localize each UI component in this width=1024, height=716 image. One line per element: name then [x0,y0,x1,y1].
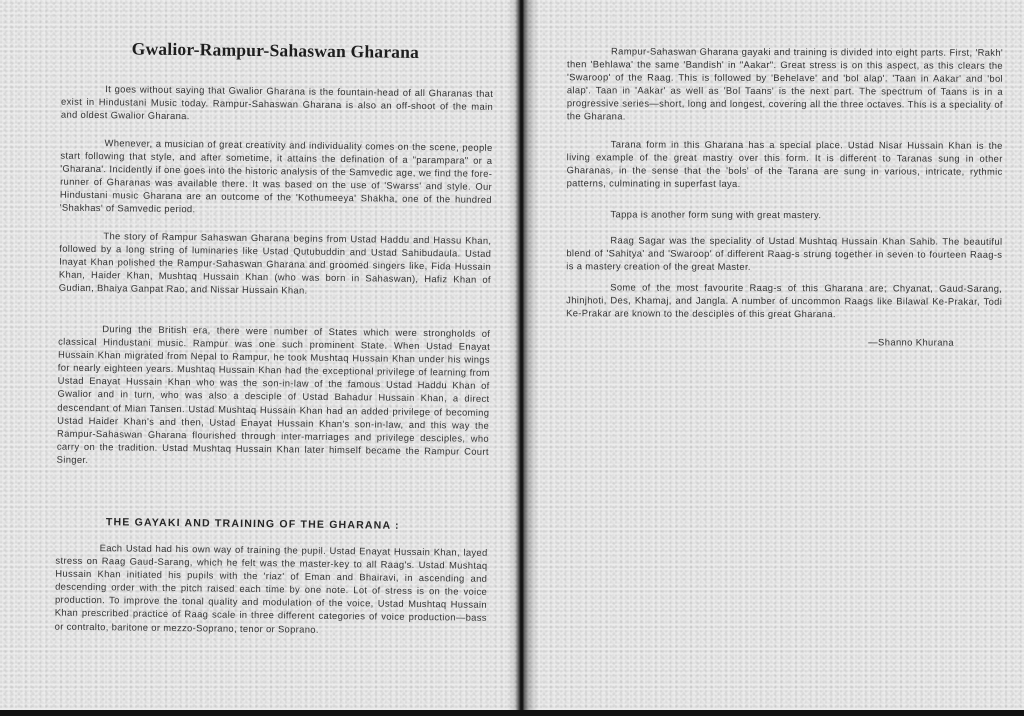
paragraph-favourite-raags: Some of the most favourite Raag-s of thi… [566,280,1002,321]
paragraph-tarana: Tarana form in this Gharana has a specia… [567,137,1003,191]
author-signature: —Shanno Khurana [868,336,954,347]
article-title: Gwalior-Rampur-Sahaswan Gharana [132,38,442,63]
paragraph-british-era: During the British era, there were numbe… [57,322,491,471]
paragraph-raag-sagar: Raag Sagar was the speciality of Ustad M… [566,233,1002,274]
paragraph-intro: It goes without saying that Gwalior Ghar… [61,82,493,127]
paragraph-origin: Whenever, a musician of great creativity… [60,136,493,220]
paragraph-training: Each Ustad had his own way of training t… [55,541,488,638]
book-spread: Gwalior-Rampur-Sahaswan Gharana It goes … [0,0,1024,716]
paragraph-gayaki-parts: Rampur-Sahaswan Gharana gayaki and train… [567,44,1003,124]
left-page: Gwalior-Rampur-Sahaswan Gharana It goes … [0,0,514,713]
paragraph-tappa: Tappa is another form sung with great ma… [566,207,1002,222]
book-spine-fold [508,0,538,716]
paragraph-story: The story of Rampur Sahaswan Gharana beg… [59,229,492,300]
right-page: Rampur-Sahaswan Gharana gayaki and train… [537,0,1024,711]
section-heading-gayaki: THE GAYAKI AND TRAINING OF THE GHARANA : [106,516,400,532]
scan-bottom-edge [0,710,1024,716]
